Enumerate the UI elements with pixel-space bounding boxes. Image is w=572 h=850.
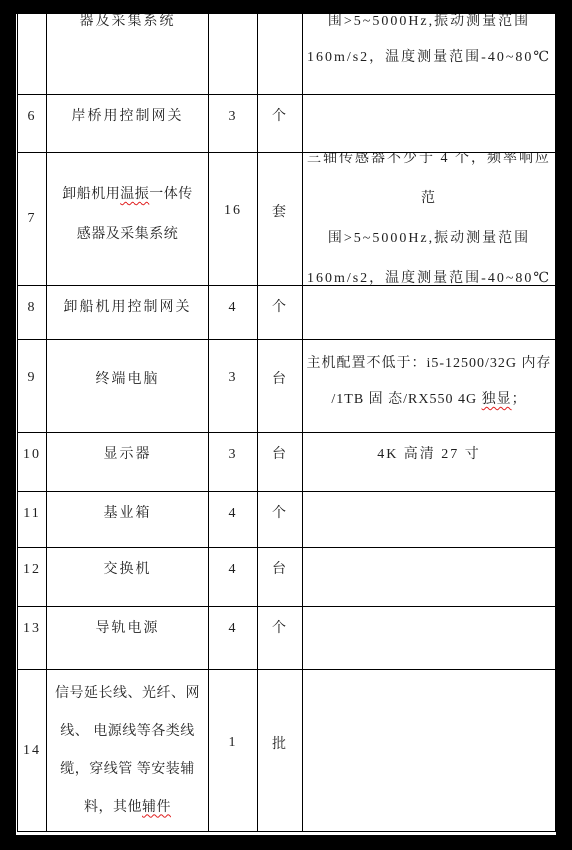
- item-unit-text: 台: [272, 548, 288, 592]
- item-unit-cell: 个: [258, 286, 303, 340]
- item-no-text: 6: [28, 95, 37, 139]
- misspelled-word: 独显: [482, 392, 512, 407]
- item-spec-cell: [303, 95, 556, 153]
- item-unit-text: 套: [272, 201, 288, 221]
- item-spec-cell: [303, 670, 556, 832]
- item-name-cell: 终端电脑: [47, 340, 209, 433]
- item-name-cell: 显示器: [47, 433, 209, 492]
- item-unit-cell: 台: [258, 548, 303, 607]
- item-name-text: 导轨电源: [96, 607, 160, 651]
- item-qty-text: 3: [229, 95, 238, 139]
- item-no-cell: 7: [18, 153, 47, 286]
- item-unit-cell: 套: [258, 153, 303, 286]
- item-no-cell: 6: [18, 95, 47, 153]
- item-qty-cell: 4: [209, 492, 258, 548]
- item-no-text: 13: [23, 607, 41, 651]
- item-name-text: 显示器: [104, 433, 152, 477]
- item-name-text: 终端电脑: [96, 368, 160, 388]
- item-no-cell: 11: [18, 492, 47, 548]
- text-segment: ；: [512, 392, 527, 407]
- item-no-cell: [18, 14, 47, 95]
- item-no-text: 10: [23, 433, 41, 477]
- item-no-text: 11: [23, 492, 40, 536]
- item-name-cell: 卸船机用温振一体传 感器及采集系统: [47, 153, 209, 286]
- item-name-text: 交换机: [104, 548, 152, 592]
- item-no-text: 8: [28, 286, 37, 330]
- item-spec-text: 主机配置不低于：i5-12500/32G 内存 /1TB 固 态/RX550 4…: [306, 346, 551, 418]
- item-name-cell: 交换机: [47, 548, 209, 607]
- document-page: 器及采集系统 围>5~5000Hz,振动测量范围 160m/s2，温度测量范围-…: [16, 14, 556, 835]
- item-qty-text: 4: [229, 286, 238, 330]
- item-name-text: 卸船机用温振一体传 感器及采集系统: [62, 175, 193, 255]
- item-spec-text: 围>5~5000Hz,振动测量范围 160m/s2，温度测量范围-40~80℃: [307, 14, 551, 76]
- item-unit-cell: 台: [258, 433, 303, 492]
- item-qty-cell: [209, 14, 258, 95]
- item-qty-text: 3: [229, 433, 238, 477]
- item-name-cell: 器及采集系统: [47, 14, 209, 95]
- item-no-cell: 8: [18, 286, 47, 340]
- item-qty-cell: 3: [209, 340, 258, 433]
- item-spec-cell: [303, 286, 556, 340]
- item-name-cell: 卸船机用控制网关: [47, 286, 209, 340]
- item-unit-cell: [258, 14, 303, 95]
- item-spec-cell: [303, 548, 556, 607]
- item-no-text: 7: [28, 211, 37, 227]
- text-segment: 信号延长线、光纤、网 线、 电源线等各类线 缆，穿线管 等安装辅 料，其他: [55, 686, 200, 815]
- item-qty-cell: 16: [209, 153, 258, 286]
- item-name-text: 卸船机用控制网关: [64, 286, 192, 330]
- item-qty-cell: 3: [209, 95, 258, 153]
- item-qty-cell: 1: [209, 670, 258, 832]
- item-no-cell: 14: [18, 670, 47, 832]
- item-name-text: 器及采集系统: [80, 14, 176, 40]
- item-name-cell: 基业箱: [47, 492, 209, 548]
- item-unit-text: 个: [272, 286, 288, 330]
- equipment-spec-table: 器及采集系统 围>5~5000Hz,振动测量范围 160m/s2，温度测量范围-…: [17, 14, 556, 832]
- item-spec-cell: 围>5~5000Hz,振动测量范围 160m/s2，温度测量范围-40~80℃: [303, 14, 556, 95]
- item-no-text: 9: [28, 370, 37, 386]
- item-name-text: 信号延长线、光纤、网 线、 电源线等各类线 缆，穿线管 等安装辅 料，其他辅件: [55, 675, 200, 827]
- item-qty-text: 3: [229, 370, 238, 386]
- item-unit-cell: 个: [258, 492, 303, 548]
- item-unit-cell: 批: [258, 670, 303, 832]
- item-unit-text: 台: [272, 433, 288, 477]
- item-no-cell: 9: [18, 340, 47, 433]
- item-qty-text: 4: [229, 548, 238, 592]
- item-qty-text: 1: [229, 735, 238, 751]
- text-segment: 卸船机用: [62, 187, 120, 202]
- item-spec-cell: 4K 高清 27 寸: [303, 433, 556, 492]
- viewer-background: 器及采集系统 围>5~5000Hz,振动测量范围 160m/s2，温度测量范围-…: [0, 0, 572, 850]
- item-unit-cell: 个: [258, 95, 303, 153]
- item-name-cell: 信号延长线、光纤、网 线、 电源线等各类线 缆，穿线管 等安装辅 料，其他辅件: [47, 670, 209, 832]
- item-unit-text: 台: [272, 368, 288, 388]
- item-unit-text: 批: [272, 733, 288, 753]
- item-unit-text: 个: [272, 95, 288, 139]
- item-name-cell: 岸桥用控制网关: [47, 95, 209, 153]
- item-qty-text: 4: [229, 492, 238, 536]
- item-name-text: 岸桥用控制网关: [72, 95, 184, 139]
- item-spec-cell: 主机配置不低于：i5-12500/32G 内存 /1TB 固 态/RX550 4…: [303, 340, 556, 433]
- item-no-cell: 10: [18, 433, 47, 492]
- item-qty-cell: 3: [209, 433, 258, 492]
- item-name-text: 基业箱: [104, 492, 152, 536]
- item-no-text: 14: [23, 743, 41, 759]
- item-unit-cell: 台: [258, 340, 303, 433]
- item-spec-cell: 三轴传感器不少于 4 个，频率响应范 围>5~5000Hz,振动测量范围 160…: [303, 153, 556, 286]
- misspelled-word: 温振: [120, 187, 149, 202]
- item-spec-text: 4K 高清 27 寸: [377, 433, 481, 477]
- item-spec-cell: [303, 607, 556, 670]
- item-unit-text: 个: [272, 492, 288, 536]
- item-qty-text: 16: [224, 203, 242, 219]
- item-qty-text: 4: [229, 607, 238, 651]
- item-no-text: 12: [23, 548, 41, 592]
- item-qty-cell: 4: [209, 548, 258, 607]
- item-name-cell: 导轨电源: [47, 607, 209, 670]
- item-no-cell: 13: [18, 607, 47, 670]
- item-unit-cell: 个: [258, 607, 303, 670]
- item-spec-cell: [303, 492, 556, 548]
- item-spec-text: 三轴传感器不少于 4 个，频率响应范 围>5~5000Hz,振动测量范围 160…: [305, 153, 553, 286]
- item-qty-cell: 4: [209, 286, 258, 340]
- misspelled-word: 辅件: [142, 800, 171, 815]
- item-unit-text: 个: [272, 607, 288, 651]
- item-qty-cell: 4: [209, 607, 258, 670]
- item-no-cell: 12: [18, 548, 47, 607]
